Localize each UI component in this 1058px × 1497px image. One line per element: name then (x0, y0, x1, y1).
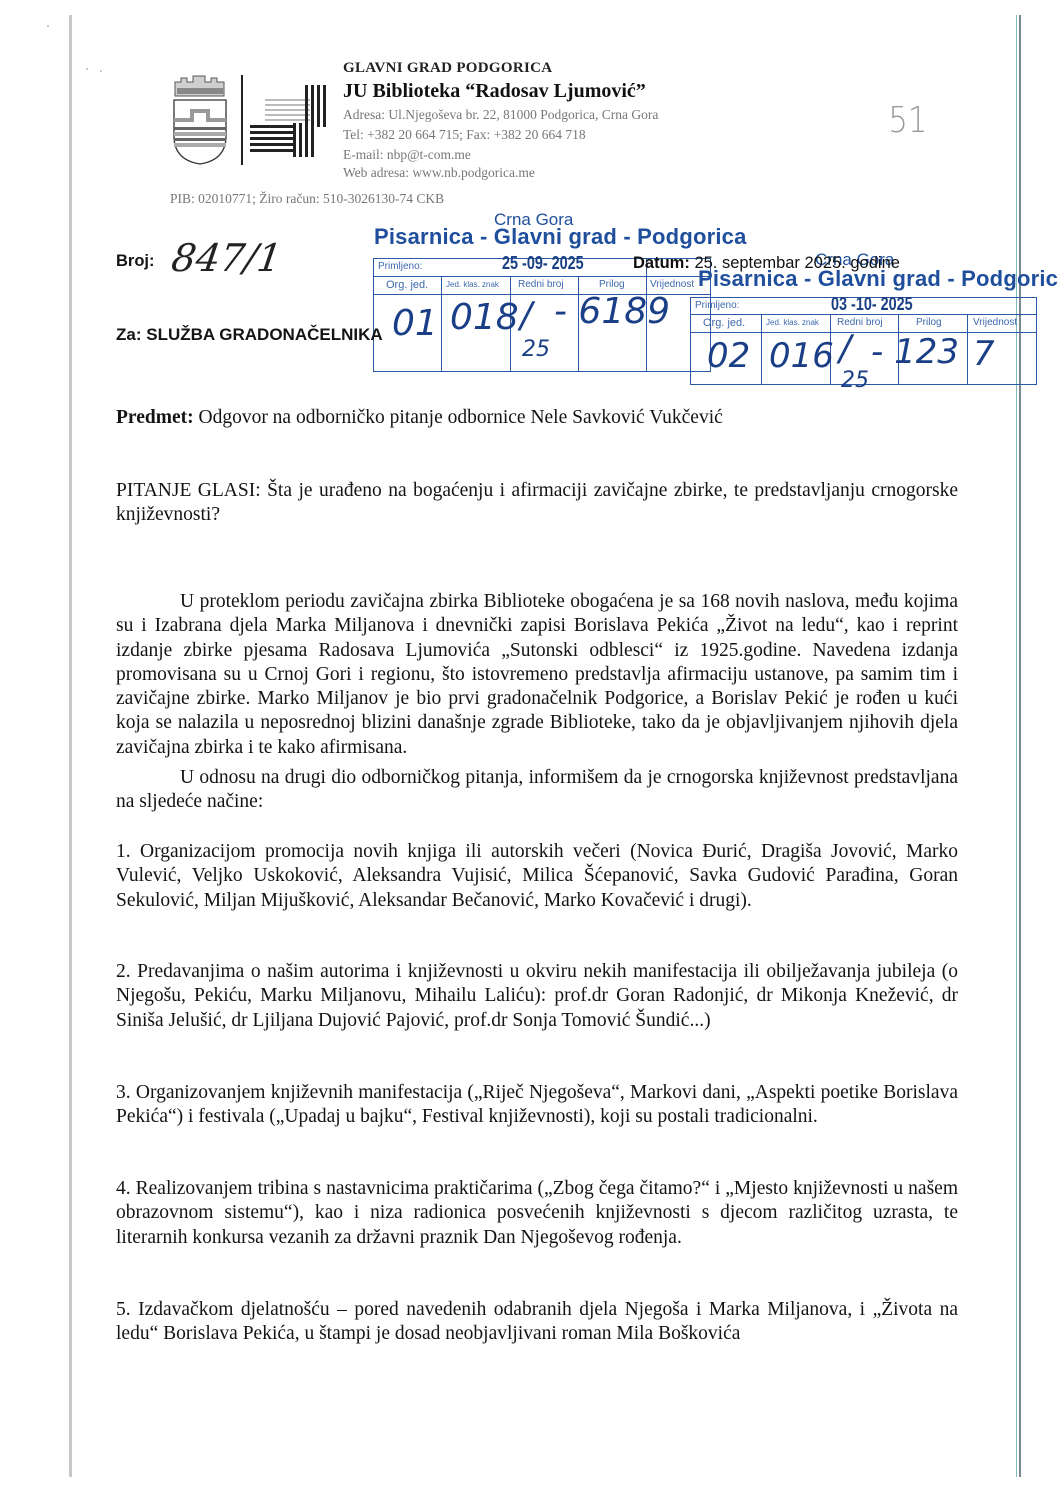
stamp-office: Pisarnica - Glavni grad - Podgorica (374, 224, 747, 250)
stamp-received-date: 25 -09- 2025 (502, 253, 584, 274)
scan-edge-left (69, 15, 72, 1477)
stamp-org-value: 01 (392, 303, 438, 344)
stamp-grid: Primljeno: 25 -09- 2025 Org. jed. Jed. k… (373, 258, 711, 372)
stamp-col-prilog: Prilog (599, 279, 625, 290)
stamp-year-value: 25 (522, 337, 550, 362)
stamp-prilog-value: - 123 (871, 332, 959, 372)
subject-line: Predmet: Odgovor na odborničko pitanje o… (116, 407, 723, 429)
stamp-received-label: Primljeno: (695, 300, 739, 311)
letterhead-email: E-mail: nbp@t-com.me (343, 147, 471, 163)
stamp-vrijednost-value: 7 (973, 334, 995, 374)
scan-edge-right-inner (1016, 15, 1017, 1477)
stamp-year-value: 25 (841, 368, 869, 393)
stamp-org-value: 02 (707, 336, 750, 376)
scan-edge-right (1019, 15, 1021, 1477)
stamp-col-klas: Jed. klas. znak (766, 318, 819, 327)
scan-speck (86, 68, 88, 70)
letterhead-city: GLAVNI GRAD PODGORICA (343, 60, 552, 77)
logo-divider (241, 75, 243, 165)
subject-text: Odgovor na odborničko pitanje odbornice … (198, 407, 722, 428)
stamp-received-date: 03 -10- 2025 (831, 294, 913, 315)
list-item-2: 2. Predavanjima o našim autorima i knjiž… (116, 960, 958, 1033)
stamp-redni-value: / (839, 328, 851, 369)
stamp-klas-value: 018 (450, 297, 519, 338)
letterhead-pib: PIB: 02010771; Žiro račun: 510-3026130-7… (170, 191, 444, 207)
stamp-col-klas: Jed. klas. znak (446, 280, 499, 289)
stamp-col-redni: Redni broj (837, 317, 883, 328)
letterhead-phone-fax: Tel: +382 20 664 715; Fax: +382 20 664 7… (343, 127, 586, 143)
stamp-col-vrijednost: Vrijednost (650, 279, 694, 290)
datum-value: 25. septembar 2025. godine (694, 254, 900, 272)
list-item-3: 3. Organizovanjem književnih manifestaci… (116, 1081, 958, 1130)
stamp-col-redni: Redni broj (518, 279, 564, 290)
list-item-5: 5. Izdavačkom djelatnošću – pored navede… (116, 1298, 958, 1347)
handwritten-margin-note: 51 (888, 100, 927, 141)
question-paragraph: PITANJE GLASI: Šta je urađeno na bogaćen… (116, 479, 958, 528)
letterhead-institution: JU Biblioteka “Radosav Ljumović” (343, 80, 646, 103)
broj-label: Broj: (116, 252, 155, 271)
subject-label: Predmet: (116, 407, 194, 428)
broj-value: 847/1 (169, 236, 285, 280)
scan-speck (100, 70, 102, 72)
body-paragraph-1: U proteklom periodu zavičajna zbirka Bib… (116, 590, 958, 760)
datum-field: Datum: 25. septembar 2025. godine (633, 254, 900, 273)
datum-label: Datum: (633, 254, 690, 272)
letterhead-address: Adresa: Ul.Njegoševa br. 22, 81000 Podgo… (343, 107, 658, 123)
za-value: SLUŽBA GRADONAČELNIKA (146, 325, 382, 344)
scan-speck (47, 25, 49, 27)
body-paragraph-2: U odnosu na drugi dio odborničkog pitanj… (116, 766, 958, 815)
stamp-col-org: Org. jed. (386, 279, 428, 291)
stamp-prilog-value: - 6189 (554, 291, 670, 332)
stamp-klas-value: 016 (769, 336, 834, 376)
list-item-4: 4. Realizovanjem tribina s nastavnicima … (116, 1177, 958, 1250)
stamp-col-prilog: Prilog (916, 317, 942, 328)
letterhead-web: Web adresa: www.nb.podgorica.me (343, 165, 535, 181)
za-label: Za: (116, 325, 142, 344)
city-coat-of-arms-icon (172, 74, 228, 166)
list-item-1: 1. Organizacijom promocija novih knjiga … (116, 840, 958, 913)
stamp-col-vrijednost: Vrijednost (973, 317, 1017, 328)
stamp-redni-value: / (520, 295, 532, 336)
stamp-received-label: Primljeno: (378, 261, 422, 272)
stamp-grid: Primljeno: 03 -10- 2025 Org. jed. Jed. k… (690, 297, 1037, 385)
recipient-field: Za: SLUŽBA GRADONAČELNIKA (116, 325, 383, 345)
library-logo-icon (250, 83, 330, 159)
stamp-col-org: Org. jed. (703, 317, 745, 329)
